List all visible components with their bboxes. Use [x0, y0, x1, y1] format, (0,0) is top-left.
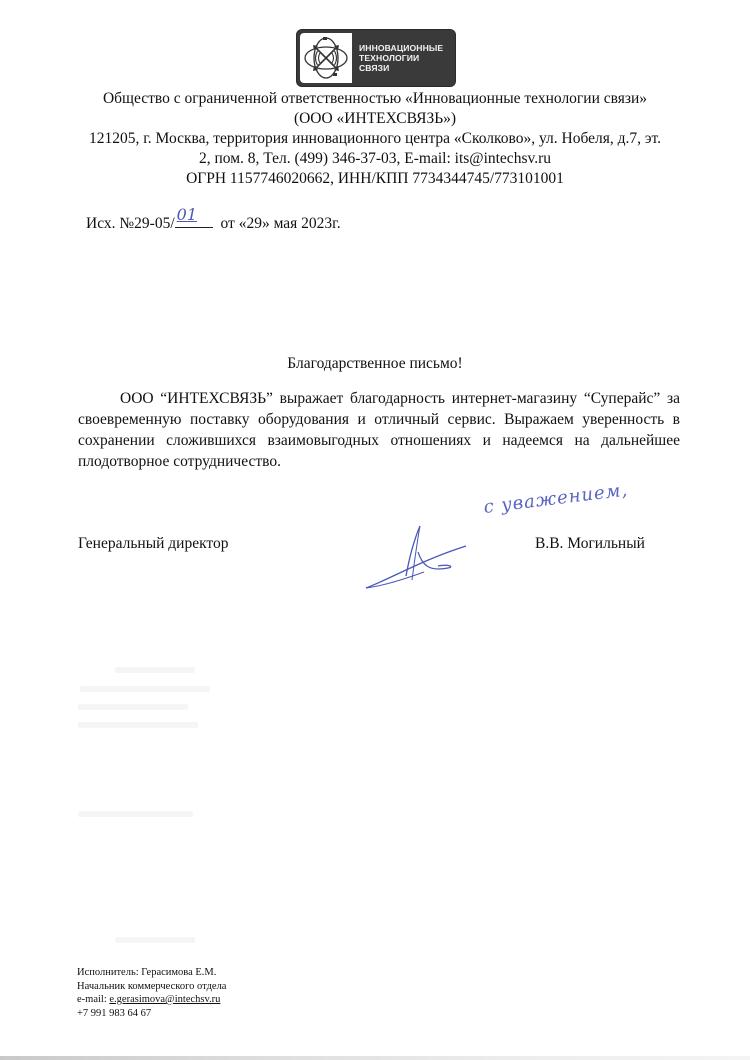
- logo-line-1: ИННОВАЦИОННЫЕ: [359, 43, 455, 53]
- executor-email-line: e-mail: e.gerasimova@intechsv.ru: [77, 993, 226, 1007]
- company-address-line-1: 121205, г. Москва, территория инновацион…: [70, 129, 680, 149]
- bleed-through-mark: [115, 667, 195, 673]
- bleed-through-mark: [78, 722, 198, 728]
- company-short-name: (ООО «ИНТЕХСВЯЗЬ»): [70, 109, 680, 129]
- handwritten-note: с уважением,: [482, 479, 629, 518]
- outgoing-number-field: 01: [175, 213, 213, 228]
- signatory-name: В.В. Могильный: [535, 535, 645, 553]
- company-header: Общество с ограниченной ответственностью…: [70, 89, 680, 189]
- executor-phone: +7 991 983 64 67: [77, 1007, 226, 1021]
- logo-line-3: СВЯЗИ: [359, 63, 455, 73]
- signatory-role: Генеральный директор: [78, 535, 229, 553]
- company-logo: ИННОВАЦИОННЫЕ ТЕХНОЛОГИИ СВЯЗИ: [297, 30, 455, 86]
- executor-email-label: e-mail:: [77, 994, 109, 1005]
- letter-body: ООО “ИНТЕХСВЯЗЬ” выражает благодарность …: [78, 388, 680, 472]
- company-registration: ОГРН 1157746020662, ИНН/КПП 7734344745/7…: [70, 169, 680, 189]
- outgoing-reference: Исх. №29-05/01 от «29» мая 2023г.: [86, 213, 341, 233]
- antenna-signal-emblem-icon: [300, 33, 352, 83]
- bleed-through-mark: [80, 686, 210, 692]
- letter-title: Благодарственное письмо!: [0, 355, 750, 373]
- bleed-through-mark: [78, 704, 188, 710]
- outgoing-prefix: Исх. №29-05/: [86, 215, 175, 232]
- handwritten-outgoing-number: 01: [177, 205, 197, 224]
- outgoing-date: от «29» мая 2023г.: [221, 215, 341, 232]
- letter-page: ИННОВАЦИОННЫЕ ТЕХНОЛОГИИ СВЯЗИ Общество …: [0, 0, 750, 1060]
- company-address-line-2: 2, пом. 8, Тел. (499) 346-37-03, E-mail:…: [70, 149, 680, 169]
- bleed-through-mark: [115, 937, 195, 943]
- signature-scribble-icon: [362, 520, 472, 590]
- executor-position: Начальник коммерческого отдела: [77, 980, 226, 994]
- logo-line-2: ТЕХНОЛОГИИ: [359, 53, 455, 63]
- executor-contact: Исполнитель: Герасимова Е.М. Начальник к…: [77, 966, 226, 1020]
- executor-email-link[interactable]: e.gerasimova@intechsv.ru: [109, 994, 220, 1005]
- bleed-through-mark: [78, 811, 193, 817]
- company-full-name: Общество с ограниченной ответственностью…: [70, 89, 680, 109]
- logo-wordmark: ИННОВАЦИОННЫЕ ТЕХНОЛОГИИ СВЯЗИ: [352, 30, 455, 86]
- executor-name: Исполнитель: Герасимова Е.М.: [77, 966, 226, 980]
- scan-edge-shadow: [0, 1056, 750, 1060]
